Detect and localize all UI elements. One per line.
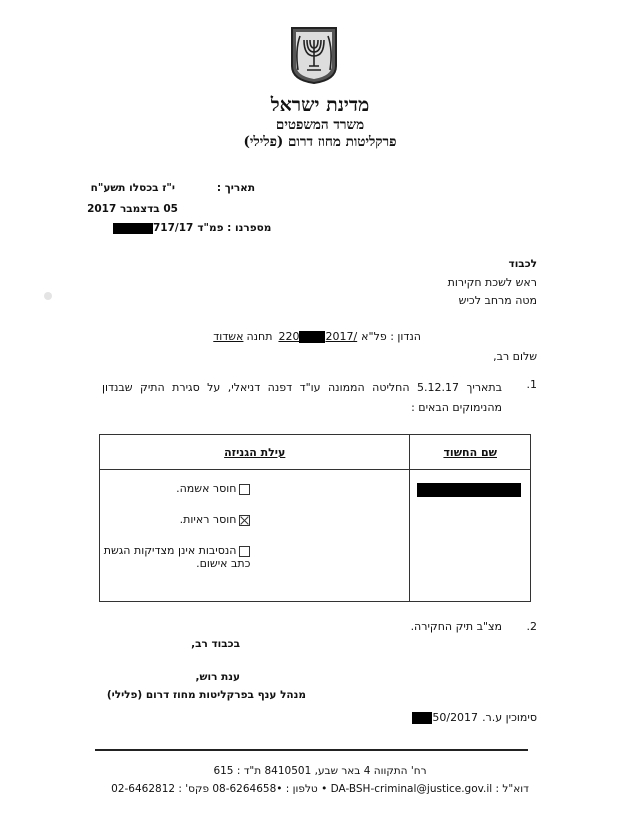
signatory-title: מנהל ענף בפרקליטות מחוז דרום (פלילי) xyxy=(107,689,306,701)
hebrew-date: י"ז בכסלו תשע"ח xyxy=(91,182,175,194)
reference-number: מספרנו : פמ"ד 717/17 xyxy=(113,222,271,234)
footer-contact: דוא"ל : DA-BSH-criminal@justice.gov.il •… xyxy=(0,783,640,795)
ministry-name: משרד המשפטים xyxy=(0,117,640,133)
suspect-name-redacted xyxy=(417,483,521,497)
paragraph-2-text: מצ"ב תיק החקירה. xyxy=(411,620,502,633)
closing-regards: בכבוד רב, xyxy=(191,638,240,650)
redaction xyxy=(299,331,325,343)
footer-address: רח' התקווה 4 באר שבע, 8410501 ת"ד : 615 xyxy=(0,765,640,777)
header-suspect: שם החשוד xyxy=(410,435,531,470)
paragraph-2-number: .2 xyxy=(527,620,538,633)
header-reason: עילת הגניזה xyxy=(100,435,410,470)
footer-divider xyxy=(95,749,528,751)
redaction xyxy=(113,223,153,234)
org-title: מדינת ישראל xyxy=(0,94,640,117)
office-name: פרקליטות מחוז דרום (פלילי) xyxy=(0,134,640,150)
scan-speck xyxy=(44,292,52,300)
recipient-line2: מטה מרחב לכיש xyxy=(459,294,537,307)
closure-reasons-table: עילת הגניזה שם החשוד חוסר אשמה. חוסר ראי… xyxy=(99,434,531,602)
checkbox-unchecked-icon[interactable] xyxy=(239,484,250,495)
suspect-cell xyxy=(410,470,531,602)
date-label: תאריך : xyxy=(217,182,255,194)
checkbox-checked-icon[interactable] xyxy=(239,515,250,526)
reasons-cell: חוסר אשמה. חוסר ראיות. הנסיבות אינן מצדי… xyxy=(100,470,410,602)
redaction xyxy=(412,712,432,724)
recipient-line1: ראש לשכת חקירות xyxy=(448,276,537,289)
reference-line: סימוכין ע.ר. 50/2017 xyxy=(412,711,537,724)
gregorian-date: 05 בדצמבר 2017 xyxy=(87,203,178,215)
signatory-name: ענת רוש, xyxy=(196,671,240,683)
paragraph-1-number: .1 xyxy=(527,378,538,391)
recipient-salutation: לכבוד xyxy=(509,258,537,270)
reason-no-guilt: חוסר אשמה. xyxy=(101,482,408,495)
paragraph-1-text: בתאריך 5.12.17 החליטה הממונה עו"ד דפנה ד… xyxy=(102,378,502,418)
state-emblem-icon xyxy=(289,26,339,84)
checkbox-unchecked-icon[interactable] xyxy=(239,546,250,557)
subject-line: הנדון : פל"א /2017 220 תחנה אשדוד xyxy=(213,330,421,343)
greeting: שלום רב, xyxy=(493,350,537,363)
reason-circumstances: הנסיבות אינן מצדיקות הגשת כתב אישום. xyxy=(101,544,408,570)
reason-no-evidence: חוסר ראיות. xyxy=(101,513,408,526)
